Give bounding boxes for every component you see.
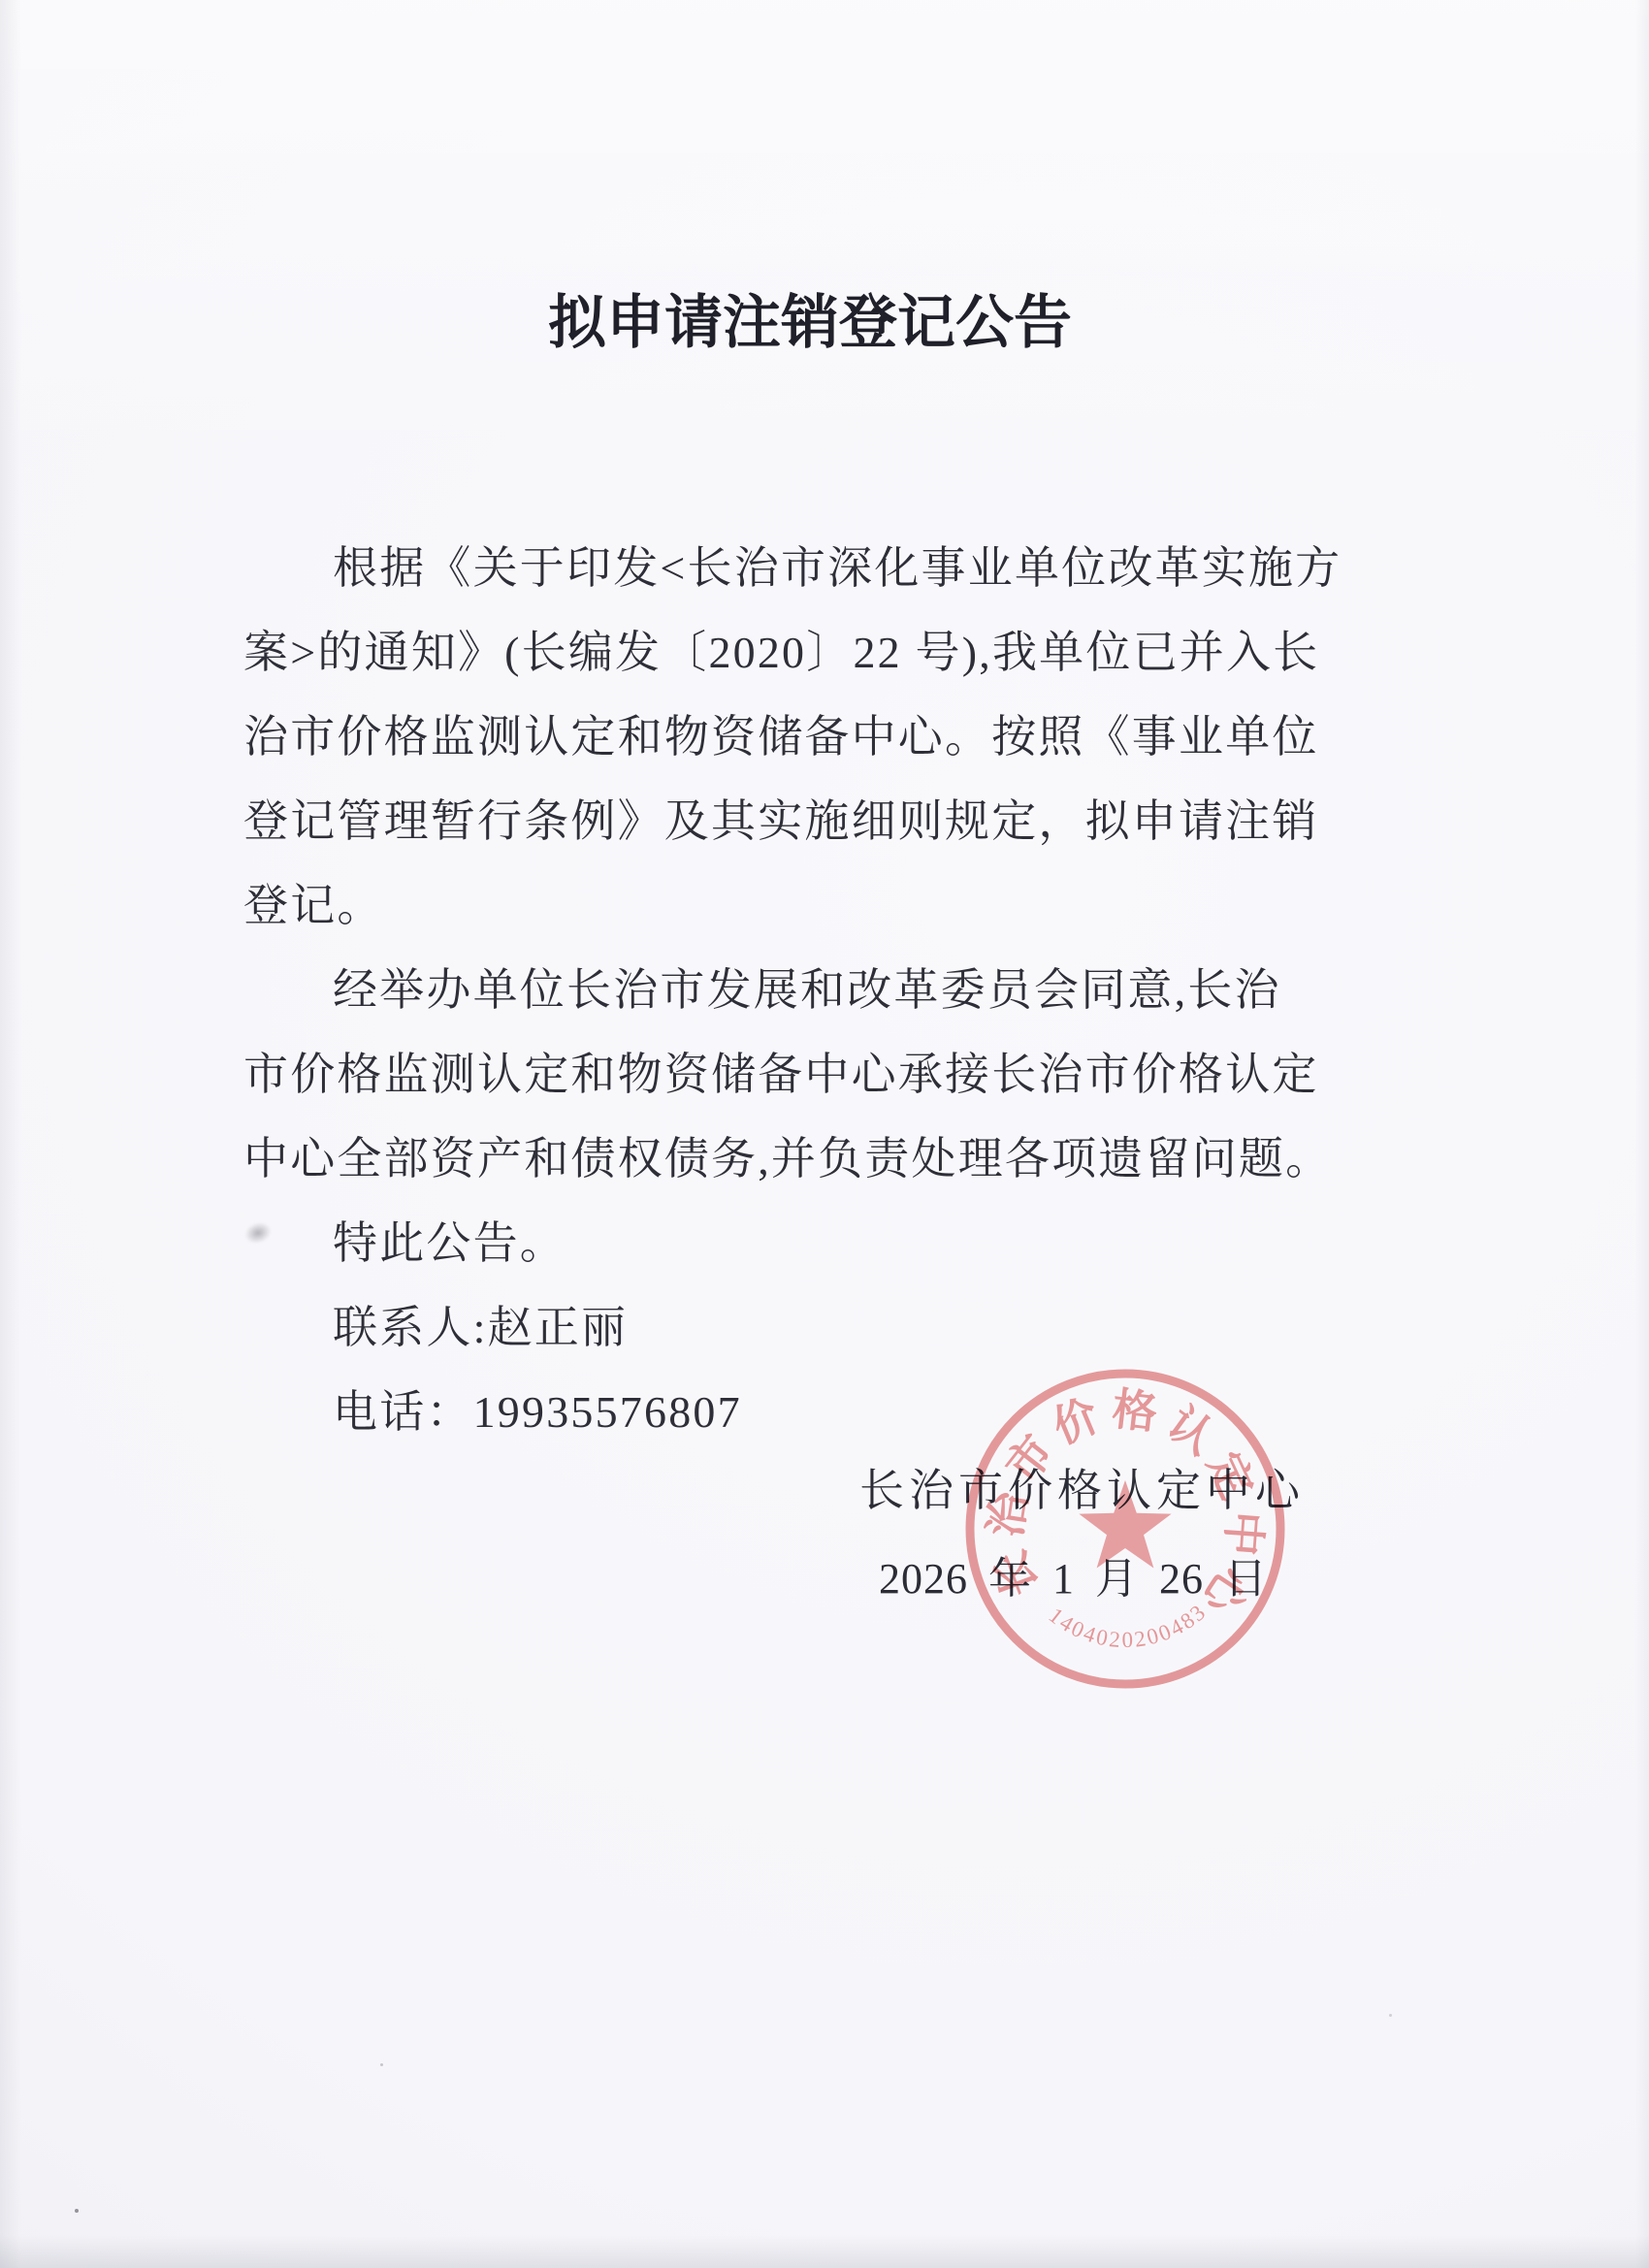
seal-star-icon (1079, 1480, 1171, 1569)
body-line: 市价格监测认定和物资储备中心承接长治市价格认定 (243, 1032, 1342, 1117)
scan-speck (75, 2209, 79, 2213)
scan-edge-shadow-bottom (0, 2235, 1649, 2268)
scan-edge-shadow-right (1635, 0, 1649, 2268)
page-title: 拟申请注销登记公告 (548, 290, 1072, 357)
body-line: 登记管理暂行条例》及其实施细则规定，拟申请注销 (243, 779, 1342, 863)
body-line: 登记。 (243, 863, 1342, 948)
body-line: 治市价格监测认定和物资储备中心。按照《事业单位 (243, 695, 1342, 779)
scan-speck (380, 2063, 383, 2066)
body-line: 经举办单位长治市发展和改革委员会同意,长治 (243, 948, 1342, 1032)
scan-edge-shadow-left (0, 0, 21, 2268)
body-line: 根据《关于印发<长治市深化事业单位改革实施方 (243, 526, 1342, 610)
official-red-seal: 长治市价格认定中心 1404020200483 (951, 1354, 1300, 1703)
scanned-document-page: 拟申请注销登记公告 根据《关于印发<长治市深化事业单位改革实施方 案>的通知》(… (0, 0, 1649, 2268)
body-line: 中心全部资产和债权债务,并负责处理各项遗留问题。 (243, 1117, 1342, 1201)
document-body: 根据《关于印发<长治市深化事业单位改革实施方 案>的通知》(长编发〔2020〕2… (243, 526, 1342, 1454)
seal-code-text: 1404020200483 (1045, 1599, 1212, 1652)
closing-line: 特此公告。 (243, 1201, 1342, 1285)
scan-speck (1389, 2014, 1392, 2017)
body-line: 案>的通知》(长编发〔2020〕22 号),我单位已并入长 (243, 610, 1342, 695)
